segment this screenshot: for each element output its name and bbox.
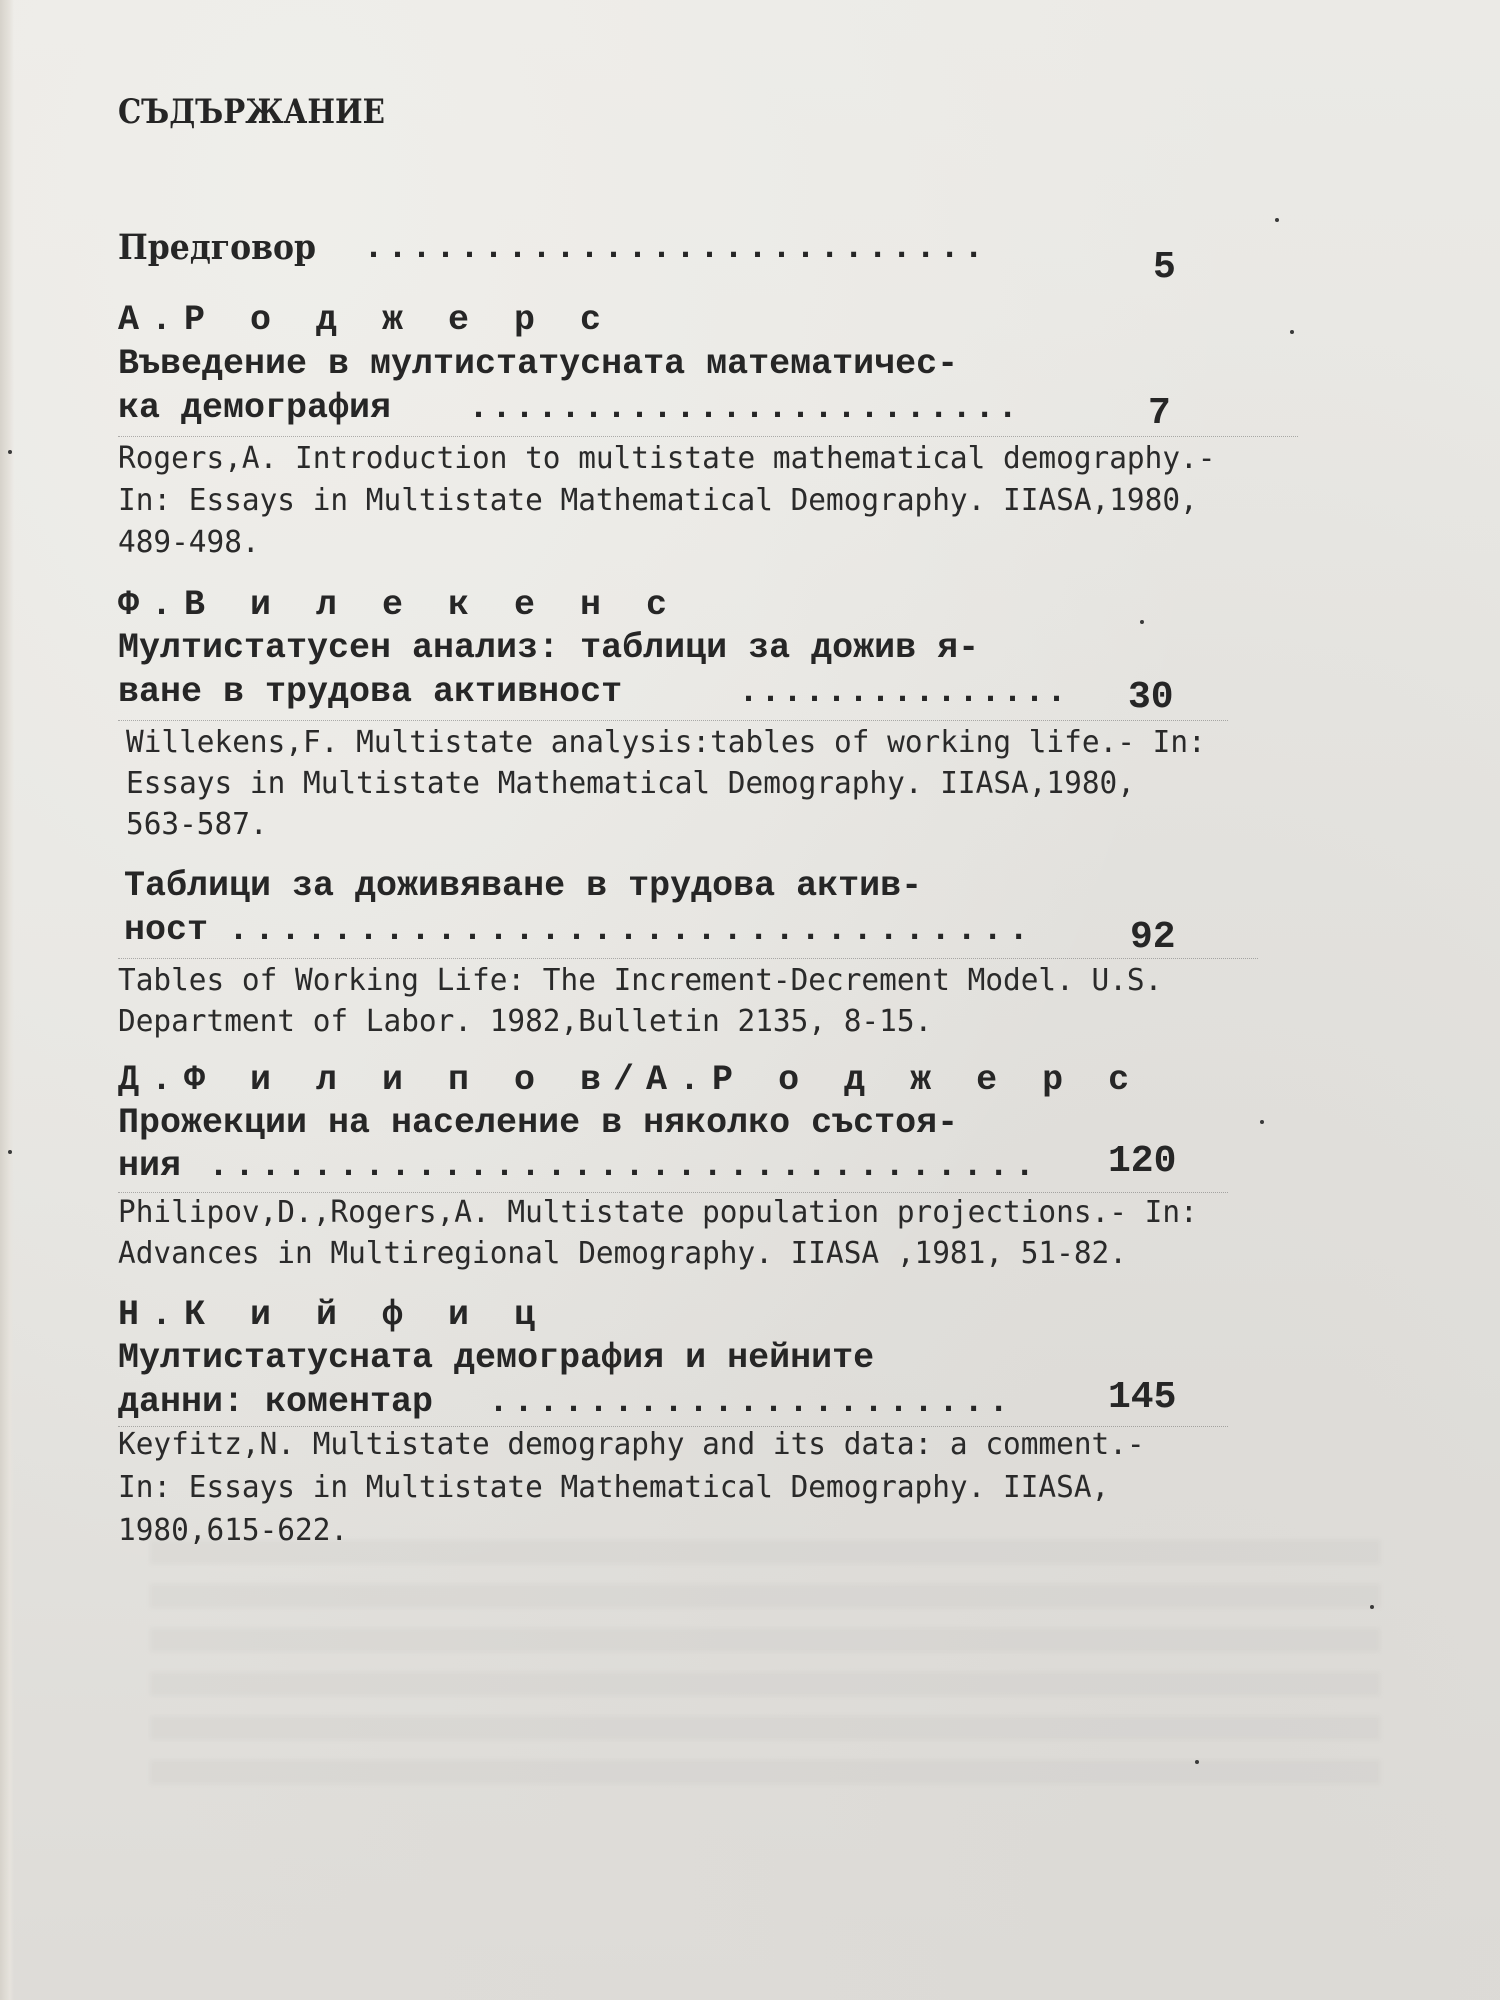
entry-title-line: ния	[118, 1146, 181, 1186]
page-edge-shadow	[0, 0, 14, 2000]
entry-title-line: Мултистатусен анализ: таблици за дожив я…	[118, 628, 979, 668]
ink-speck	[1275, 218, 1279, 222]
ink-speck	[1260, 1120, 1264, 1124]
reference-line: Department of Labor. 1982,Bulletin 2135,…	[118, 1005, 932, 1039]
dot-leader: ..........................	[363, 228, 987, 268]
page-title: СЪДЪРЖАНИЕ	[118, 92, 385, 132]
page-number: 92	[1130, 916, 1176, 959]
entry-title-line: Таблици за доживяване в трудова актив-	[124, 866, 922, 906]
reference-line: Willekens,F. Multistate analysis:tables …	[126, 726, 1206, 760]
divider-rule	[118, 436, 1298, 437]
dot-leader: ................................	[208, 1146, 1040, 1186]
entry-author: Н.К и й ф и ц	[118, 1295, 547, 1335]
reference-line: Tables of Working Life: The Increment-De…	[118, 964, 1162, 998]
reference-line: 563-587.	[126, 808, 268, 842]
reference-line: Keyfitz,N. Multistate demography and its…	[118, 1428, 1145, 1462]
ink-speck	[1370, 1605, 1374, 1609]
ink-speck	[1290, 330, 1294, 334]
dot-leader: ........................	[468, 388, 1020, 428]
entry-title-line: ност	[124, 910, 208, 950]
divider-rule	[118, 958, 1258, 959]
reference-line: In: Essays in Multistate Mathematical De…	[118, 484, 1198, 518]
entry-author: Д.Ф и л и п о в/А.Р о д ж е р с	[118, 1060, 1141, 1100]
entry-title-line: ване в трудова активност	[118, 672, 622, 712]
page-number: 30	[1128, 676, 1174, 719]
entry-title-line: данни: коментар	[118, 1382, 433, 1422]
reference-line: Essays in Multistate Mathematical Demogr…	[126, 767, 1135, 801]
page-number: 145	[1108, 1376, 1176, 1419]
ink-speck	[1195, 1760, 1199, 1764]
ink-speck	[8, 1150, 12, 1154]
dot-leader: ...............	[738, 672, 1068, 712]
divider-rule	[118, 720, 1228, 721]
entry-title-line: ка демография	[118, 388, 391, 428]
reference-line: Rogers,A. Introduction to multistate mat…	[118, 442, 1215, 476]
page-number: 120	[1108, 1140, 1176, 1183]
entry-author: Ф.В и л е к е н с	[118, 585, 679, 625]
divider-rule	[118, 1192, 1228, 1193]
reference-line: Advances in Multiregional Demography. II…	[118, 1237, 1127, 1271]
dot-leader: .....................	[488, 1382, 1013, 1422]
reference-line: In: Essays in Multistate Mathematical De…	[118, 1471, 1109, 1505]
entry-title: Предговор	[118, 228, 316, 268]
entry-title-line: Въведение в мултистатусната математичес-	[118, 344, 958, 384]
ink-speck	[8, 450, 12, 454]
entry-title-line: Прожекции на население в няколко състоя-	[118, 1103, 958, 1143]
page-number: 5	[1153, 246, 1176, 289]
dot-leader: ...............................	[228, 910, 1034, 950]
entry-title-line: Мултистатусната демография и нейните	[118, 1338, 874, 1378]
reference-line: 489-498.	[118, 526, 260, 560]
reference-line: Philipov,D.,Rogers,A. Multistate populat…	[118, 1196, 1198, 1230]
ink-speck	[1140, 620, 1144, 624]
entry-author: А.Р о д ж е р с	[118, 300, 613, 340]
reference-line: 1980,615-622.	[118, 1514, 348, 1548]
page-number: 7	[1148, 392, 1171, 435]
scanned-page: СЪДЪРЖАНИЕ Предговор ...................…	[0, 0, 1500, 2000]
